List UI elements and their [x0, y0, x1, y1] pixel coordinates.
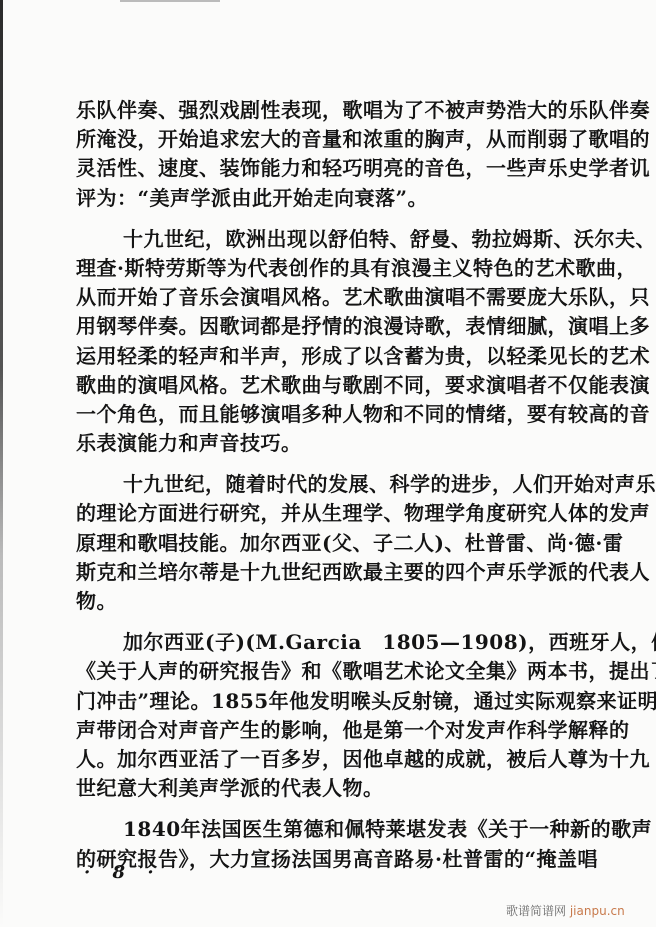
text-line: 1840年法国医生第德和佩特莱堪发表《关于一种新的歌声: [76, 815, 580, 844]
watermark: 歌谱简谱网 jianpu.cn: [506, 902, 625, 919]
paragraph: 十九世纪，欧洲出现以舒伯特、舒曼、勃拉姆斯、沃尔夫、 理查·斯特劳斯等为代表创作…: [76, 225, 580, 459]
text-line: 一个角色，而且能够演唱多种人物和不同的情绪，要有较高的音: [76, 400, 580, 429]
text-line: 世纪意大利美声学派的代表人物。: [76, 774, 580, 803]
text-line: 的理论方面进行研究，并从生理学、物理学角度研究人体的发声: [76, 499, 580, 528]
text-line: 评为：“美声学派由此开始走向衰落”。: [76, 184, 580, 213]
text-line: 门冲击”理论。1855年他发明喉头反射镜，通过实际观察来证明: [76, 687, 580, 716]
page-number: · 8 ·: [84, 862, 162, 883]
text-line: 运用轻柔的轻声和半声，形成了以含蓄为贵，以轻柔见长的艺术: [76, 342, 580, 371]
page-body: 乐队伴奏、强烈戏剧性表现，歌唱为了不被声势浩大的乐队伴奏 所淹没，开始追求宏大的…: [76, 96, 580, 874]
text-line: 乐表演能力和声音技巧。: [76, 429, 580, 458]
text-line: 乐队伴奏、强烈戏剧性表现，歌唱为了不被声势浩大的乐队伴奏: [76, 96, 580, 125]
paragraph: 乐队伴奏、强烈戏剧性表现，歌唱为了不被声势浩大的乐队伴奏 所淹没，开始追求宏大的…: [76, 96, 580, 213]
watermark-site-name: 歌谱简谱网: [506, 904, 566, 918]
text-line: 理查·斯特劳斯等为代表创作的具有浪漫主义特色的艺术歌曲，: [76, 254, 580, 283]
text-line: 《关于人声的研究报告》和《歌唱艺术论文全集》两本书，提出了“声: [76, 657, 580, 686]
text-line: 用钢琴伴奏。因歌词都是抒情的浪漫诗歌，表情细腻，演唱上多: [76, 312, 580, 341]
scan-edge-left: [0, 0, 3, 927]
text-line: 所淹没，开始追求宏大的音量和浓重的胸声，从而削弱了歌唱的: [76, 125, 580, 154]
text-line: 歌曲的演唱风格。艺术歌曲与歌剧不同，要求演唱者不仅能表演: [76, 371, 580, 400]
text-line: 从而开始了音乐会演唱风格。艺术歌曲演唱不需要庞大乐队，只: [76, 283, 580, 312]
text-line: 原理和歌唱技能。加尔西亚(父、子二人)、杜普雷、尚·德·雷: [76, 529, 580, 558]
text-line: 灵活性、速度、装饰能力和轻巧明亮的音色，一些声乐史学者讥: [76, 154, 580, 183]
paragraph: 加尔西亚(子)(M.Garcia 1805—1908)，西班牙人，他著有 《关于…: [76, 628, 580, 803]
paragraph: 十九世纪，随着时代的发展、科学的进步，人们开始对声乐 的理论方面进行研究，并从生…: [76, 470, 580, 616]
text-line: 斯克和兰培尔蒂是十九世纪西欧最主要的四个声乐学派的代表人: [76, 558, 580, 587]
text-line: 十九世纪，随着时代的发展、科学的进步，人们开始对声乐: [76, 470, 580, 499]
text-line: 加尔西亚(子)(M.Garcia 1805—1908)，西班牙人，他著有: [76, 628, 580, 657]
text-line: 人。加尔西亚活了一百多岁，因他卓越的成就，被后人尊为十九: [76, 745, 580, 774]
text-line: 十九世纪，欧洲出现以舒伯特、舒曼、勃拉姆斯、沃尔夫、: [76, 225, 580, 254]
watermark-url: jianpu.cn: [570, 904, 625, 918]
scan-edge-top: [120, 0, 220, 2]
text-line: 声带闭合对声音产生的影响，他是第一个对发声作科学解释的: [76, 716, 580, 745]
text-line: 物。: [76, 587, 580, 616]
